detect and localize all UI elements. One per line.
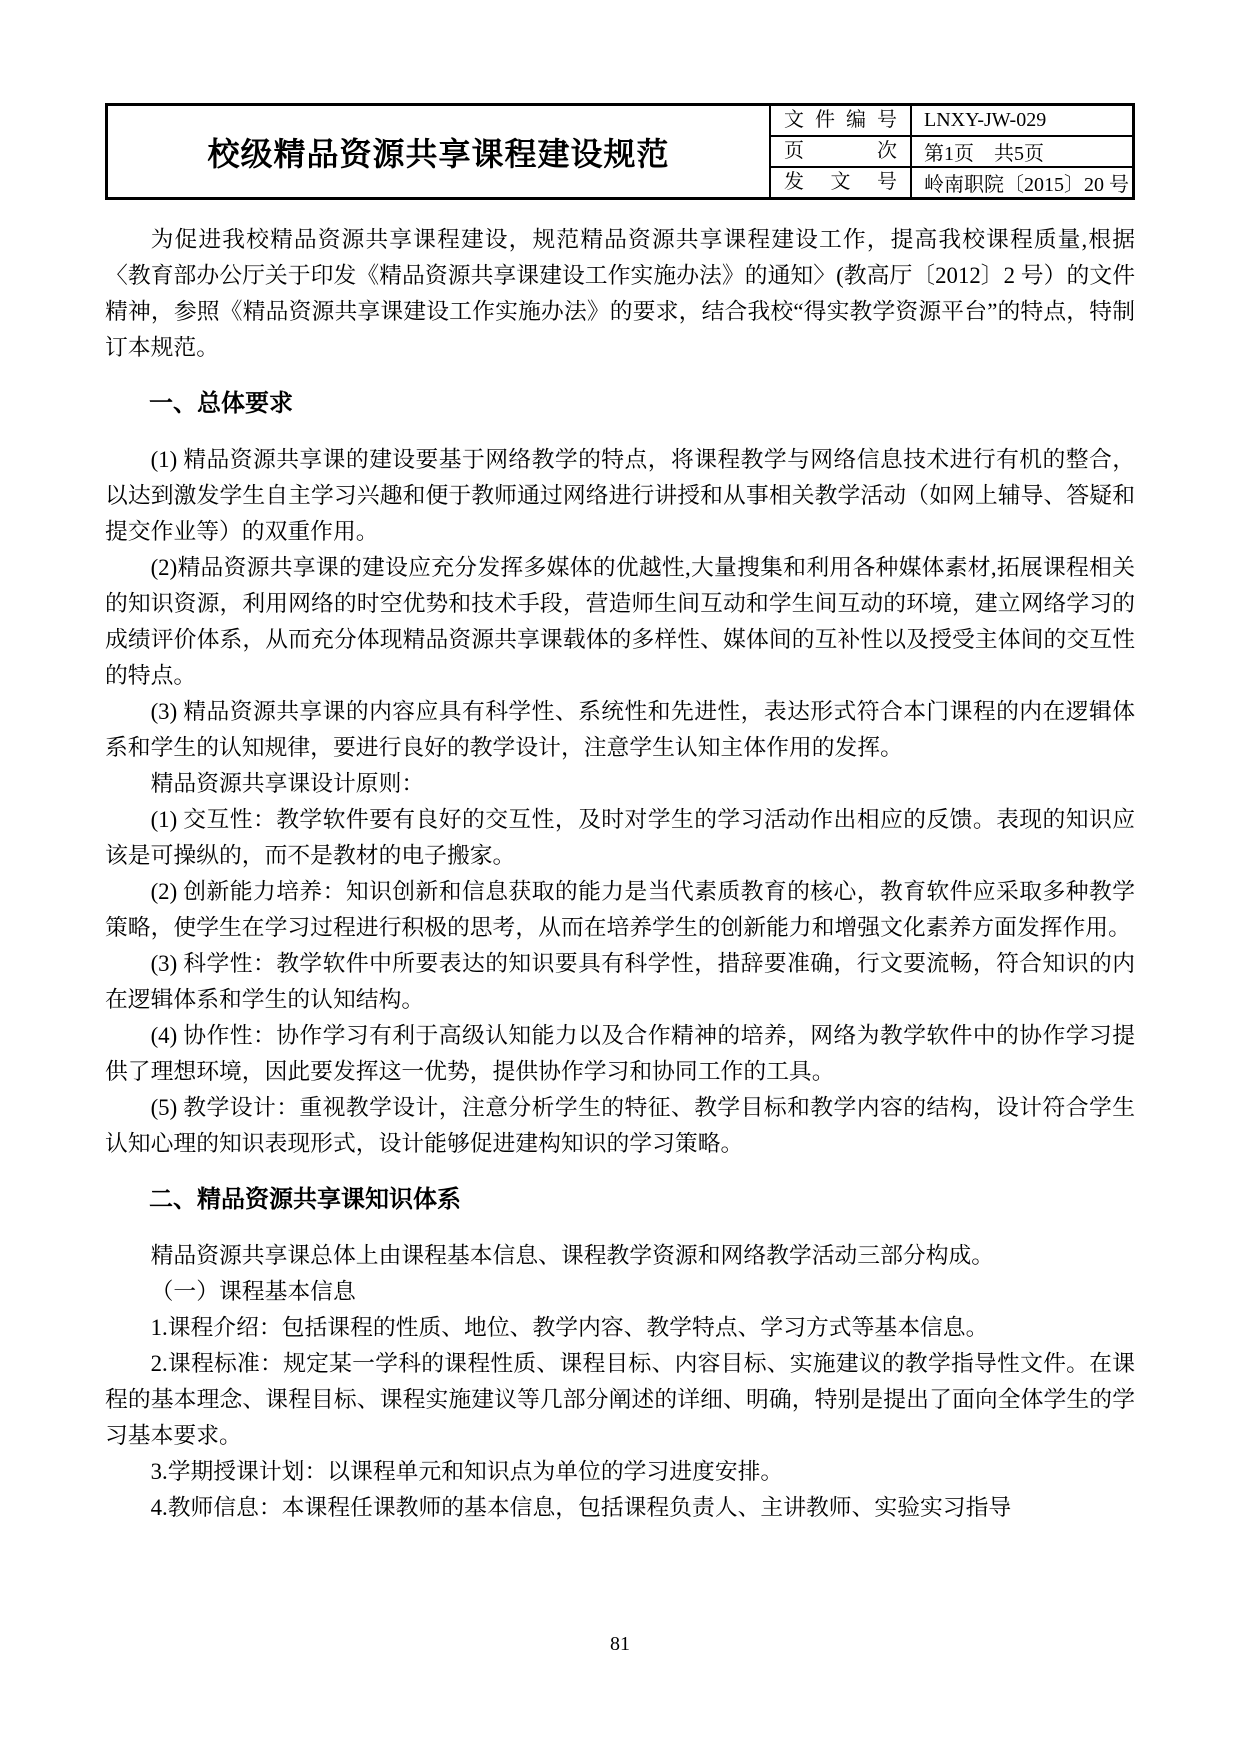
field-label-page-index-text: 页次 <box>784 137 897 166</box>
paragraph-requirement-2: (2)精品资源共享课的建设应充分发挥多媒体的优越性,大量搜集和利用各种媒体素材,… <box>105 550 1135 694</box>
section-heading-2: 二、精品资源共享课知识体系 <box>105 1182 1135 1218</box>
field-label-issue-number: 发文号 <box>771 168 912 197</box>
paragraph-teacher-info: 4.教师信息：本课程任课教师的基本信息，包括课程负责人、主讲教师、实验实习指导 <box>105 1490 1135 1526</box>
paragraph-intro: 为促进我校精品资源共享课程建设，规范精品资源共享课程建设工作，提高我校课程质量,… <box>105 222 1135 366</box>
paragraph-requirement-1: (1) 精品资源共享课的建设要基于网络教学的特点，将课程教学与网络信息技术进行有… <box>105 442 1135 550</box>
paragraph-course-standard: 2.课程标准：规定某一学科的课程性质、课程目标、内容目标、实施建议的教学指导性文… <box>105 1346 1135 1454</box>
paragraph-knowledge-system-intro: 精品资源共享课总体上由课程基本信息、课程教学资源和网络教学活动三部分构成。 <box>105 1238 1135 1274</box>
paragraph-principle-innovation: (2) 创新能力培养：知识创新和信息获取的能力是当代素质教育的核心，教育软件应采… <box>105 874 1135 946</box>
paragraph-principle-collaboration: (4) 协作性：协作学习有利于高级认知能力以及合作精神的培养，网络为教学软件中的… <box>105 1018 1135 1090</box>
field-value-page-index: 第1页 共5页 <box>912 137 1132 168</box>
paragraph-principle-instructional-design: (5) 教学设计：重视教学设计，注意分析学生的特征、教学目标和教学内容的结构，设… <box>105 1090 1135 1162</box>
field-label-page-index: 页次 <box>771 137 912 168</box>
paragraph-requirement-3: (3) 精品资源共享课的内容应具有科学性、系统性和先进性，表达形式符合本门课程的… <box>105 694 1135 766</box>
paragraph-principle-interactivity: (1) 交互性：教学软件要有良好的交互性，及时对学生的学习活动作出相应的反馈。表… <box>105 802 1135 874</box>
document-title: 校级精品资源共享课程建设规范 <box>108 106 771 197</box>
page-number: 81 <box>0 1633 1240 1656</box>
field-label-issue-number-text: 发文号 <box>784 168 897 197</box>
field-label-file-number-text: 文件编号 <box>784 106 897 135</box>
paragraph-design-principles-intro: 精品资源共享课设计原则： <box>105 766 1135 802</box>
field-value-file-number: LNXY-JW-029 <box>912 106 1132 137</box>
paragraph-semester-plan: 3.学期授课计划：以课程单元和知识点为单位的学习进度安排。 <box>105 1454 1135 1490</box>
field-value-issue-number: 岭南职院〔2015〕20 号 <box>912 168 1132 197</box>
subsection-course-basic-info: （一）课程基本信息 <box>105 1274 1135 1310</box>
document-header-table: 校级精品资源共享课程建设规范 文件编号 LNXY-JW-029 页次 第1页 共… <box>105 103 1135 200</box>
document-page: 校级精品资源共享课程建设规范 文件编号 LNXY-JW-029 页次 第1页 共… <box>0 0 1240 1753</box>
document-body: 为促进我校精品资源共享课程建设，规范精品资源共享课程建设工作，提高我校课程质量,… <box>105 222 1135 1526</box>
paragraph-course-intro: 1.课程介绍：包括课程的性质、地位、教学内容、教学特点、学习方式等基本信息。 <box>105 1310 1135 1346</box>
paragraph-principle-scientific: (3) 科学性：教学软件中所要表达的知识要具有科学性，措辞要准确，行文要流畅，符… <box>105 946 1135 1018</box>
section-heading-1: 一、总体要求 <box>105 386 1135 422</box>
field-label-file-number: 文件编号 <box>771 106 912 137</box>
